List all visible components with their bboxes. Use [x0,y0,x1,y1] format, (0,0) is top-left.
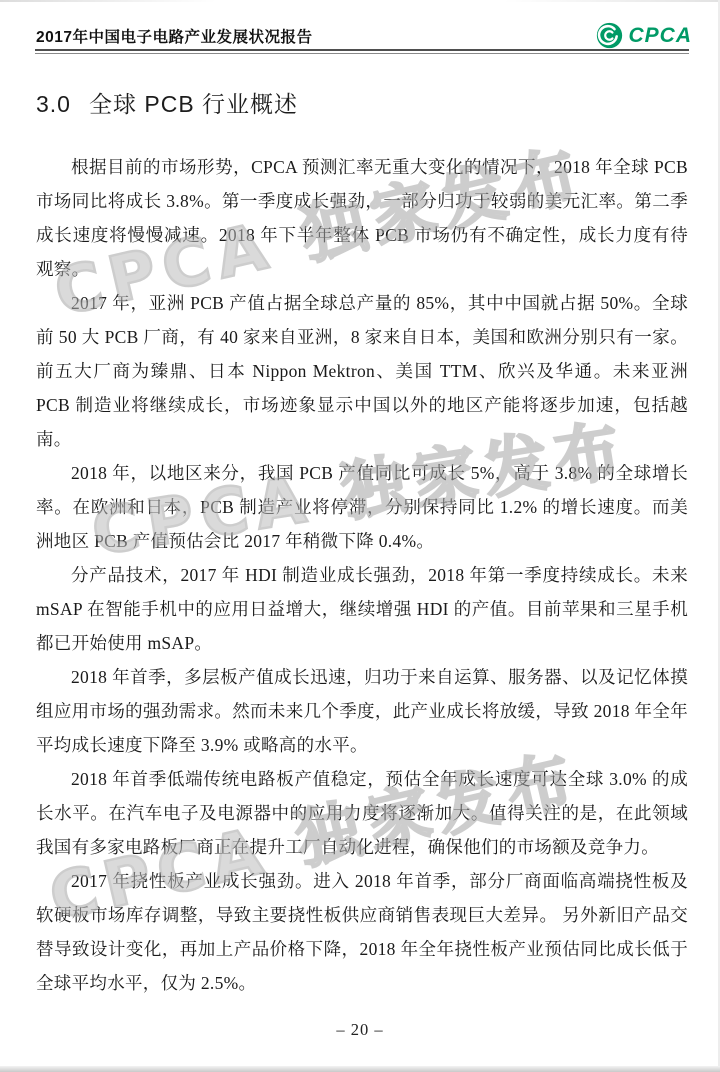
cpca-logo-text: CPCA [628,24,692,48]
paragraph-asia-share: 2017 年，亚洲 PCB 产值占据全球总产量的 85%，其中中国就占据 50%… [36,286,688,456]
cpca-logo-icon [596,22,623,49]
header-divider-rule [35,49,689,54]
paragraph-multilayer: 2018 年首季，多层板产值成长迅速，归功于来自运算、服务器、以及记忆体摸组应用… [36,660,688,762]
paragraph-regional-growth: 2018 年，以地区来分，我国 PCB 产值同比可成长 5%，高于 3.8% 的… [36,456,688,558]
paragraph-flex-boards: 2017 年挠性板产业成长强劲。进入 2018 年首季，部分厂商面临高端挠性板及… [36,864,688,1000]
section-heading: 3.0 全球 PCB 行业概述 [36,86,298,119]
section-title-text: 全球 PCB 行业概述 [89,86,298,119]
cpca-logo: CPCA [596,22,692,49]
page-header: 2017年中国电子电路产业发展状况报告 CPCA [36,22,692,49]
report-title: 2017年中国电子电路产业发展状况报告 [36,25,312,47]
page-number: – 20 – [0,1020,720,1040]
document-page: 2017年中国电子电路产业发展状况报告 CPCA 3.0 全球 PCB 行业概述… [0,0,720,1072]
scan-edge-bottom [0,1066,720,1072]
paragraph-hdi-msap: 分产品技术，2017 年 HDI 制造业成长强劲，2018 年第一季度持续成长。… [36,558,688,660]
paragraph-traditional-boards: 2018 年首季低端传统电路板产值稳定，预估全年成长速度可达全球 3.0% 的成… [36,762,688,864]
section-number: 3.0 [36,91,71,118]
paragraph-market-forecast: 根据目前的市场形势，CPCA 预测汇率无重大变化的情况下，2018 年全球 PC… [36,150,688,286]
scan-edge-top [0,0,720,2]
body-text: 根据目前的市场形势，CPCA 预测汇率无重大变化的情况下，2018 年全球 PC… [36,150,688,1000]
